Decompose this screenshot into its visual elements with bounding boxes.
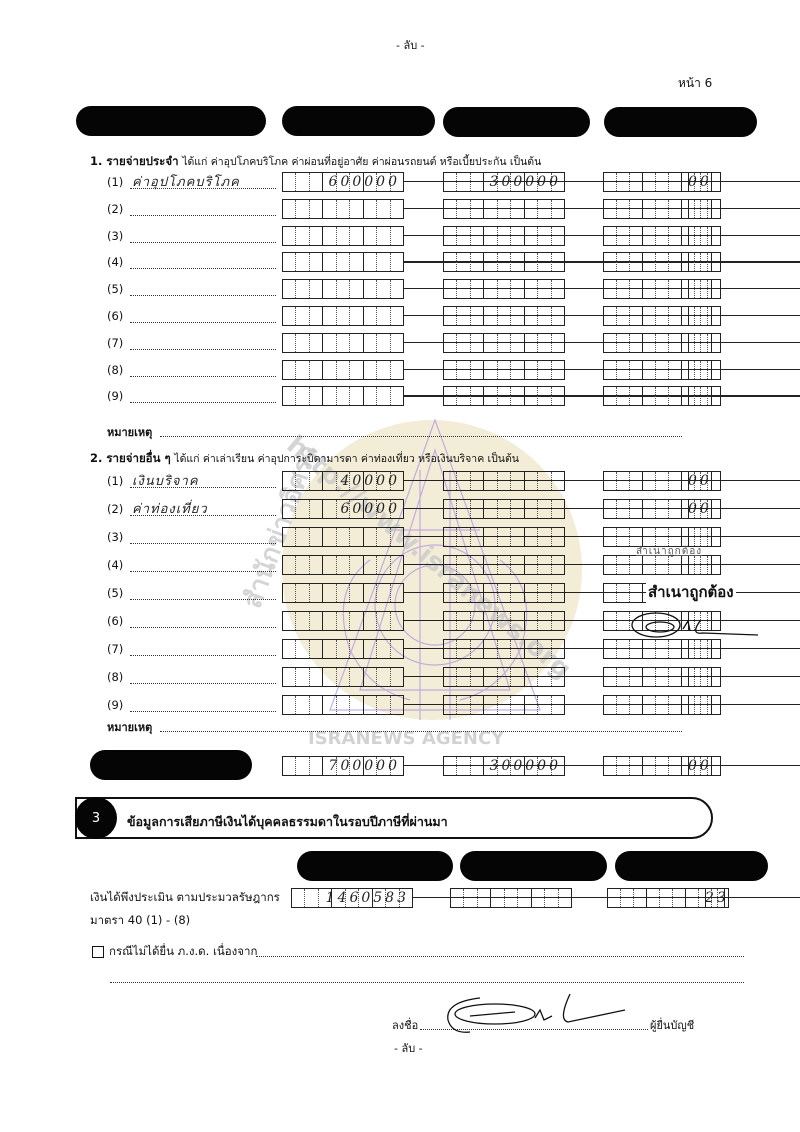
digit-cell: [444, 361, 457, 379]
section2-row-col3-amount-box[interactable]: [603, 695, 721, 715]
digit-cell: [617, 528, 630, 546]
not-filed-reason-field-1[interactable]: [256, 956, 744, 957]
digit-cell: [484, 307, 497, 325]
digit-cell: [310, 334, 323, 352]
digit-cell: [511, 361, 524, 379]
section1-row-col1-amount-box[interactable]: [282, 386, 404, 406]
digit-cell: [350, 280, 363, 298]
digit-cell: [669, 280, 682, 298]
digit-cell: [323, 200, 336, 218]
digit-cell: [323, 361, 336, 379]
not-filed-checkbox[interactable]: [92, 946, 104, 958]
digit-cell: [617, 696, 630, 714]
digit-cell: [283, 584, 296, 602]
digit-cell: [498, 334, 511, 352]
digit-cell: [617, 500, 630, 518]
digit-cell: [552, 696, 564, 714]
digit-cell: [391, 227, 403, 245]
income-label-line2: มาตรา 40 (1) - (8): [90, 912, 190, 930]
section2-row-col1-amount-box[interactable]: [282, 667, 404, 687]
digit-cell: [682, 757, 695, 775]
digit-cell: [604, 387, 617, 405]
digit-cell: [695, 227, 708, 245]
digit-cell: [538, 334, 551, 352]
digit-cell: [457, 307, 470, 325]
digit-cell: [511, 253, 524, 271]
classification-top: - ลับ -: [396, 36, 425, 54]
section1-row-col2-amount-box[interactable]: [443, 360, 565, 380]
digit-cell: [484, 640, 497, 658]
section1-row-col2-amount-box[interactable]: [443, 252, 565, 272]
digit-cell: [682, 696, 695, 714]
digit-cell: [364, 200, 377, 218]
section2-row-description-field[interactable]: [130, 655, 276, 656]
digit-cell: [525, 200, 538, 218]
section1-row-description-field[interactable]: [130, 295, 276, 296]
section1-row-number: (9): [107, 389, 123, 403]
digit-cell: [604, 556, 617, 574]
digit-cell: [545, 889, 558, 907]
section1-row-col1-amount-value: 600000: [282, 172, 400, 192]
decimal-separator: [721, 315, 800, 316]
digit-cell: [604, 640, 617, 658]
digit-cell: [708, 227, 720, 245]
section2-row-description-field[interactable]: [130, 683, 276, 684]
section2-row-col1-amount-box[interactable]: [282, 695, 404, 715]
digit-cell: [391, 528, 403, 546]
digit-cell: [682, 472, 695, 490]
digit-cell: [377, 696, 390, 714]
digit-cell: [498, 584, 511, 602]
digit-cell: [708, 668, 720, 686]
digit-cell: [296, 696, 309, 714]
digit-cell: [682, 500, 695, 518]
digit-cell: [617, 280, 630, 298]
digit-cell: [630, 200, 643, 218]
digit-cell: [283, 200, 296, 218]
digit-cell: [695, 500, 708, 518]
digit-cell: [643, 500, 656, 518]
digit-cell: [552, 280, 564, 298]
digit-cell: [656, 696, 669, 714]
digit-cell: [604, 500, 617, 518]
column-header-pill-3: [443, 107, 590, 137]
digit-cell: [471, 472, 484, 490]
digit-cell: [617, 253, 630, 271]
digit-cell: [498, 227, 511, 245]
digit-cell: [350, 556, 363, 574]
digit-cell: [471, 280, 484, 298]
section1-row-description-field[interactable]: [130, 268, 276, 269]
digit-cell: [484, 668, 497, 686]
digit-cell: [643, 361, 656, 379]
digit-cell: [538, 200, 551, 218]
digit-cell: [471, 361, 484, 379]
digit-cell: [471, 696, 484, 714]
digit-cell: [552, 472, 564, 490]
section1-remark-field[interactable]: [160, 436, 682, 437]
digit-cell: [708, 253, 720, 271]
section1-row-col3-amount-box[interactable]: [603, 306, 721, 326]
section2-row-col2-amount-box[interactable]: [443, 583, 565, 603]
section2-row-col2-amount-box[interactable]: [443, 499, 565, 519]
decimal-separator: [721, 648, 800, 649]
digit-cell: [444, 227, 457, 245]
decimal-separator: [721, 288, 800, 289]
digit-cell: [617, 307, 630, 325]
digit-cell: [525, 280, 538, 298]
section1-row-number: (2): [107, 202, 123, 216]
digit-cell: [604, 472, 617, 490]
digit-cell: [337, 200, 350, 218]
digit-cell: [695, 334, 708, 352]
digit-cell: [669, 334, 682, 352]
digit-cell: [364, 227, 377, 245]
digit-cell: [505, 889, 518, 907]
section1-row-col1-amount-box[interactable]: [282, 226, 404, 246]
section1-row-col3-amount-box[interactable]: [603, 279, 721, 299]
digit-cell: [525, 584, 538, 602]
section2-row-col2-amount-box[interactable]: [443, 527, 565, 547]
digit-cell: [498, 668, 511, 686]
section2-row-col1-amount-box[interactable]: [282, 611, 404, 631]
section2-row-number: (5): [107, 586, 123, 600]
digit-cell: [699, 889, 712, 907]
digit-cell: [708, 528, 720, 546]
decimal-separator: [721, 536, 800, 537]
digit-cell: [669, 387, 682, 405]
stamp-certified-large: สำเนาถูกต้อง: [646, 580, 736, 604]
section1-title-bold: 1. รายจ่ายประจำ: [90, 154, 179, 168]
digit-cell: [673, 889, 686, 907]
digit-cell: [708, 280, 720, 298]
digit-cell: [656, 757, 669, 775]
digit-cell: [695, 696, 708, 714]
digit-cell: [552, 668, 564, 686]
section1-row-col3-amount-box[interactable]: [603, 252, 721, 272]
digit-cell: [682, 173, 695, 191]
section1-row-description-field[interactable]: [130, 376, 276, 377]
section2-row-col1-amount-box[interactable]: [282, 639, 404, 659]
digit-cell: [283, 387, 296, 405]
digit-cell: [682, 387, 695, 405]
digit-cell: [617, 227, 630, 245]
digit-cell: [484, 696, 497, 714]
digit-cell: [310, 556, 323, 574]
section2-row-col1-amount-box[interactable]: [282, 583, 404, 603]
section2-row-col3-amount-box[interactable]: [603, 499, 721, 519]
digit-cell: [630, 307, 643, 325]
digit-cell: [283, 253, 296, 271]
digit-cell: [484, 280, 497, 298]
digit-cell: [491, 889, 504, 907]
section2-row-description-field[interactable]: [130, 711, 276, 712]
digit-cell: [604, 757, 617, 775]
digit-cell: [518, 889, 531, 907]
digit-cell: [471, 556, 484, 574]
section1-row-col3-amount-box[interactable]: [603, 360, 721, 380]
digit-cell: [364, 387, 377, 405]
digit-cell: [323, 584, 336, 602]
digit-cell: [525, 528, 538, 546]
digit-cell: [471, 584, 484, 602]
digit-cell: [391, 280, 403, 298]
digit-cell: [377, 307, 390, 325]
digit-cell: [471, 227, 484, 245]
digit-cell: [337, 584, 350, 602]
section1-row-col1-amount-box[interactable]: [282, 279, 404, 299]
digit-cell: [444, 528, 457, 546]
section1-row-description-field[interactable]: [130, 215, 276, 216]
digit-cell: [511, 387, 524, 405]
section1-row-description-field[interactable]: [130, 322, 276, 323]
section1-row-col2-amount-box[interactable]: [443, 279, 565, 299]
digit-cell: [617, 361, 630, 379]
section2-title-rest: ได้แก่ ค่าเล่าเรียน ค่าอุปการะบิดามารดา …: [174, 453, 519, 465]
digit-cell: [471, 668, 484, 686]
digit-cell: [630, 387, 643, 405]
digit-cell: [708, 387, 720, 405]
signer-role-label: ผู้ยื่นบัญชี: [650, 1016, 694, 1034]
digit-cell: [630, 334, 643, 352]
digit-cell: [552, 200, 564, 218]
section2-row-col2-amount-box[interactable]: [443, 555, 565, 575]
digit-cell: [525, 668, 538, 686]
digit-cell: [350, 200, 363, 218]
section1-row-description-field[interactable]: [130, 402, 276, 403]
decimal-separator: [721, 181, 800, 182]
digit-cell: [444, 200, 457, 218]
section2-row-description-field[interactable]: [130, 599, 276, 600]
digit-cell: [656, 253, 669, 271]
digit-cell: [484, 227, 497, 245]
total-col3-amount-box[interactable]: [603, 756, 721, 776]
section2-row-col1-amount-box[interactable]: [282, 555, 404, 575]
digit-cell: [337, 612, 350, 630]
section2-row-col2-amount-box[interactable]: [443, 695, 565, 715]
section1-row-col1-amount-box[interactable]: [282, 360, 404, 380]
total-col2-amount-value: 300000: [443, 756, 561, 776]
digit-cell: [444, 696, 457, 714]
digit-cell: [350, 668, 363, 686]
section2-row-col3-amount-box[interactable]: [603, 471, 721, 491]
digit-cell: [283, 668, 296, 686]
decimal-separator: [721, 564, 800, 565]
digit-cell: [511, 556, 524, 574]
section3-col2-amount-box[interactable]: [450, 888, 572, 908]
section3-title: ข้อมูลการเสียภาษีเงินได้บุคคลธรรมดาในรอบ…: [127, 812, 448, 832]
digit-cell: [451, 889, 464, 907]
digit-cell: [552, 361, 564, 379]
digit-cell: [350, 528, 363, 546]
section1-row-col1-amount-box[interactable]: [282, 306, 404, 326]
section2-row-number: (9): [107, 698, 123, 712]
section2-row-col2-amount-box[interactable]: [443, 471, 565, 491]
section1-row-col2-amount-box[interactable]: [443, 226, 565, 246]
digit-cell: [296, 227, 309, 245]
section2-remark-field[interactable]: [160, 731, 682, 732]
digit-cell: [538, 696, 551, 714]
digit-cell: [604, 584, 617, 602]
section1-row-col1-amount-box[interactable]: [282, 199, 404, 219]
digit-cell: [323, 528, 336, 546]
digit-cell: [630, 280, 643, 298]
digit-cell: [457, 387, 470, 405]
digit-cell: [604, 612, 617, 630]
digit-cell: [444, 253, 457, 271]
digit-cell: [552, 640, 564, 658]
digit-cell: [337, 361, 350, 379]
section2-row-number: (2): [107, 502, 123, 516]
digit-cell: [643, 280, 656, 298]
signature-stamp-icon: [628, 605, 768, 645]
decimal-separator: [721, 480, 800, 481]
digit-cell: [604, 334, 617, 352]
section1-row-col3-amount-box[interactable]: [603, 386, 721, 406]
digit-cell: [604, 253, 617, 271]
digit-cell: [296, 528, 309, 546]
section2-row-description-field[interactable]: [130, 543, 276, 544]
section1-row-col3-amount-box[interactable]: [603, 226, 721, 246]
section1-row-col1-amount-box[interactable]: [282, 252, 404, 272]
digit-cell: [337, 556, 350, 574]
section1-row-col3-amount-box[interactable]: [603, 172, 721, 192]
digit-cell: [391, 334, 403, 352]
digit-cell: [377, 612, 390, 630]
digit-cell: [656, 361, 669, 379]
digit-cell: [296, 307, 309, 325]
digit-cell: [484, 361, 497, 379]
digit-cell: [444, 334, 457, 352]
digit-cell: [457, 556, 470, 574]
section2-row-number: (4): [107, 558, 123, 572]
section2-row-col2-amount-box[interactable]: [443, 667, 565, 687]
digit-cell: [296, 387, 309, 405]
section1-row-col3-amount-box[interactable]: [603, 199, 721, 219]
decimal-separator: [721, 508, 800, 509]
section2-row-col2-amount-box[interactable]: [443, 611, 565, 631]
digit-cell: [682, 361, 695, 379]
digit-cell: [391, 253, 403, 271]
digit-cell: [296, 253, 309, 271]
digit-cell: [471, 307, 484, 325]
digit-cell: [457, 227, 470, 245]
digit-cell: [498, 500, 511, 518]
decimal-separator: [721, 395, 800, 396]
digit-cell: [484, 584, 497, 602]
section2-row-description-field[interactable]: [130, 627, 276, 628]
digit-cell: [617, 173, 630, 191]
digit-cell: [471, 200, 484, 218]
digit-cell: [617, 472, 630, 490]
section1-row-col2-amount-box[interactable]: [443, 333, 565, 353]
digit-cell: [630, 253, 643, 271]
digit-cell: [377, 584, 390, 602]
digit-cell: [498, 200, 511, 218]
digit-cell: [604, 528, 617, 546]
digit-cell: [511, 640, 524, 658]
digit-cell: [538, 528, 551, 546]
digit-cell: [630, 227, 643, 245]
digit-cell: [310, 361, 323, 379]
digit-cell: [669, 361, 682, 379]
section1-row-col2-amount-box[interactable]: [443, 306, 565, 326]
digit-cell: [296, 334, 309, 352]
digit-cell: [337, 334, 350, 352]
digit-cell: [686, 889, 699, 907]
digit-cell: [444, 556, 457, 574]
digit-cell: [283, 227, 296, 245]
section1-row-description-field[interactable]: [130, 242, 276, 243]
digit-cell: [682, 307, 695, 325]
digit-cell: [669, 307, 682, 325]
digit-cell: [337, 280, 350, 298]
digit-cell: [471, 253, 484, 271]
section1-row-col2-amount-box[interactable]: [443, 386, 565, 406]
section2-row-col1-amount-box[interactable]: [282, 527, 404, 547]
digit-cell: [337, 307, 350, 325]
digit-cell: [669, 173, 682, 191]
not-filed-reason-field-2[interactable]: [110, 982, 744, 983]
section1-row-col2-amount-value: 300000: [443, 172, 561, 192]
digit-cell: [444, 500, 457, 518]
digit-cell: [498, 361, 511, 379]
digit-cell: [630, 584, 643, 602]
digit-cell: [630, 500, 643, 518]
digit-cell: [656, 307, 669, 325]
section1-row-col2-amount-box[interactable]: [443, 199, 565, 219]
section1-row-description-field[interactable]: [130, 349, 276, 350]
section3-col1-amount-value: 1460583: [291, 888, 409, 908]
digit-cell: [643, 334, 656, 352]
section2-row-col2-amount-box[interactable]: [443, 639, 565, 659]
digit-cell: [391, 640, 403, 658]
digit-cell: [630, 668, 643, 686]
section1-row-col3-amount-box[interactable]: [603, 333, 721, 353]
digit-cell: [296, 556, 309, 574]
digit-cell: [364, 361, 377, 379]
digit-cell: [552, 528, 564, 546]
digit-cell: [643, 387, 656, 405]
digit-cell: [457, 528, 470, 546]
digit-cell: [377, 668, 390, 686]
digit-cell: [630, 173, 643, 191]
section2-row-col3-amount-box[interactable]: [603, 667, 721, 687]
section2-row-description-field[interactable]: [130, 571, 276, 572]
digit-cell: [484, 528, 497, 546]
digit-cell: [511, 280, 524, 298]
total-col1-amount-value: 700000: [282, 756, 400, 776]
digit-cell: [283, 361, 296, 379]
digit-cell: [525, 556, 538, 574]
section1-row-col1-amount-box[interactable]: [282, 333, 404, 353]
section3-col3-amount-box[interactable]: [607, 888, 725, 908]
digit-cell: [708, 500, 720, 518]
digit-cell: [695, 173, 708, 191]
digit-cell: [444, 387, 457, 405]
digit-cell: [656, 500, 669, 518]
digit-cell: [695, 757, 708, 775]
digit-cell: [323, 612, 336, 630]
section3-column-pill-3: [615, 851, 768, 881]
digit-cell: [471, 500, 484, 518]
digit-cell: [712, 889, 724, 907]
digit-cell: [310, 307, 323, 325]
stamp-certified-small: สำเนาถูกต้อง: [636, 544, 702, 559]
digit-cell: [511, 696, 524, 714]
digit-cell: [617, 584, 630, 602]
digit-cell: [350, 387, 363, 405]
